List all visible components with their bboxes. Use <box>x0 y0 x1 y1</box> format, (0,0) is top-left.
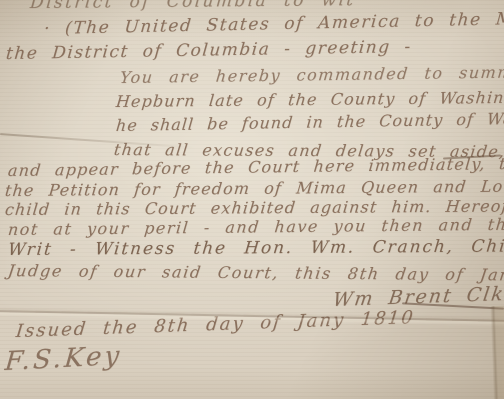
line-judge-date: Judge of our said Court, this 8th day of… <box>7 261 504 285</box>
signature-fs-key: F.S.Key <box>4 341 124 377</box>
paper-edge-right <box>490 306 504 399</box>
manuscript-document: District of Columbia to wit · (The Unite… <box>0 0 504 399</box>
line-district-of-columbia: District of Columbia to wit <box>29 0 356 13</box>
line-appear-before-court: and appear before the Court here immedia… <box>7 153 504 180</box>
line-hepburn-county: Hepburn late of the County of Washington… <box>115 87 504 111</box>
line-witness-cranch: Writ - Witness the Hon. Wm. Cranch, Chie… <box>7 236 504 260</box>
line-district-greeting: the District of Columbia - greeting - <box>5 37 412 64</box>
line-found-in-county: he shall be found in the County of Washi… <box>115 108 504 135</box>
line-commanded-to-summon: You are hereby commanded to summon John <box>119 61 504 87</box>
